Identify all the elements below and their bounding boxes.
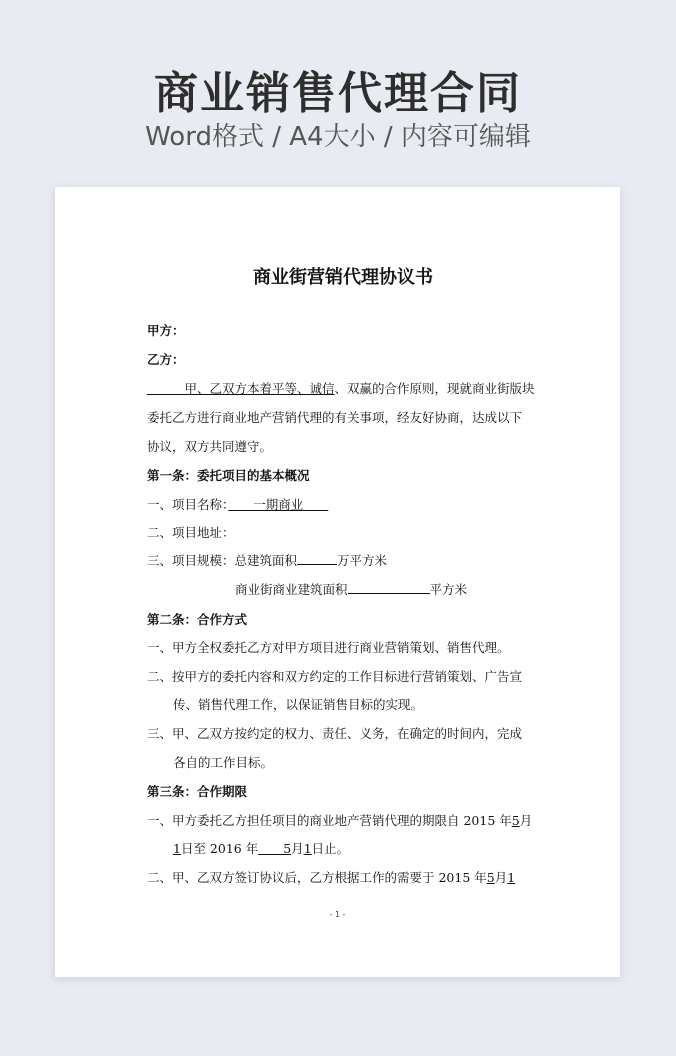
intro-line-1: 甲、乙双方本着平等、诚信、双赢的合作原则，现就商业街版块 xyxy=(147,379,535,399)
intro-line-3: 协议，双方共同遵守。 xyxy=(147,437,272,457)
intro-line-1-rest: 、双赢的合作原则，现就商业街版块 xyxy=(335,381,535,396)
article-2-item-3-line-1: 三、甲、乙双方按约定的权力、责任、义务，在确定的时间内，完成 xyxy=(147,724,522,744)
commercial-area-row: 商业街商业建筑面积平方米 xyxy=(235,580,467,600)
party-a-label: 甲方： xyxy=(147,321,185,341)
party-b-label: 乙方： xyxy=(147,350,185,370)
hero-subtitle: Word格式 / A4大小 / 内容可编辑 xyxy=(0,120,676,154)
end-month[interactable]: 5 xyxy=(258,841,291,856)
page-number: - 1 - xyxy=(55,910,620,919)
project-name-label: 一、项目名称： xyxy=(147,497,228,512)
commercial-area-blank[interactable] xyxy=(348,580,430,594)
total-area-unit: 万平方米 xyxy=(337,553,387,568)
commercial-area-unit: 平方米 xyxy=(430,582,468,597)
project-address-label: 二、项目地址： xyxy=(147,523,235,543)
day-end-label: 日止。 xyxy=(312,841,350,856)
start-day[interactable]: 1 xyxy=(173,841,181,856)
article-2-heading: 第二条：合作方式 xyxy=(147,610,247,630)
start-month[interactable]: 5 xyxy=(512,813,520,828)
project-scale-row: 三、项目规模：总建筑面积万平方米 xyxy=(147,551,387,571)
article-3-item-2: 二、甲、乙双方签订协议后，乙方根据工作的需要于 2015 年5月1 xyxy=(147,868,515,888)
signing-month[interactable]: 5 xyxy=(487,870,495,885)
month-label: 月 xyxy=(495,870,508,885)
article-2-item-1: 一、甲方全权委托乙方对甲方项目进行商业营销策划、销售代理。 xyxy=(147,638,510,658)
article-2-item-3-line-2: 各自的工作目标。 xyxy=(173,753,273,773)
end-year-text: 日至 2016 年 xyxy=(181,841,258,856)
article-1-heading: 第一条：委托项目的基本概况 xyxy=(147,466,310,486)
project-name-row: 一、项目名称： 一期商业 xyxy=(147,495,328,515)
end-day[interactable]: 1 xyxy=(304,841,312,856)
term-text: 一、甲方委托乙方担任项目的商业地产营销代理的期限自 2015 年 xyxy=(147,813,512,828)
article-3-item-1-line-2: 1日至 2016 年 5月1日止。 xyxy=(173,839,349,859)
month-label: 月 xyxy=(291,841,304,856)
article-3-heading: 第三条：合作期限 xyxy=(147,782,247,802)
project-scale-label: 三、项目规模：总建筑面积 xyxy=(147,553,297,568)
document-page: 商业街营销代理协议书 甲方： 乙方： 甲、乙双方本着平等、诚信、双赢的合作原则，… xyxy=(55,187,620,977)
total-area-blank[interactable] xyxy=(297,551,337,565)
document-title: 商业街营销代理协议书 xyxy=(147,263,539,289)
article-3-item-1-line-1: 一、甲方委托乙方担任项目的商业地产营销代理的期限自 2015 年5月 xyxy=(147,811,532,831)
project-name-value[interactable]: 一期商业 xyxy=(228,497,328,512)
hero-title: 商业销售代理合同 xyxy=(0,66,676,122)
commercial-area-label: 商业街商业建筑面积 xyxy=(235,582,348,597)
signing-day[interactable]: 1 xyxy=(507,870,515,885)
signing-text: 二、甲、乙双方签订协议后，乙方根据工作的需要于 2015 年 xyxy=(147,870,487,885)
article-2-item-2-line-1: 二、按甲方的委托内容和双方约定的工作目标进行营销策划、广告宣 xyxy=(147,667,522,687)
intro-underlined-text: 甲、乙双方本着平等、诚信 xyxy=(147,381,335,396)
month-label: 月 xyxy=(520,813,533,828)
intro-line-2: 委托乙方进行商业地产营销代理的有关事项，经友好协商，达成以下 xyxy=(147,408,522,428)
article-2-item-2-line-2: 传、销售代理工作，以保证销售目标的实现。 xyxy=(173,695,423,715)
